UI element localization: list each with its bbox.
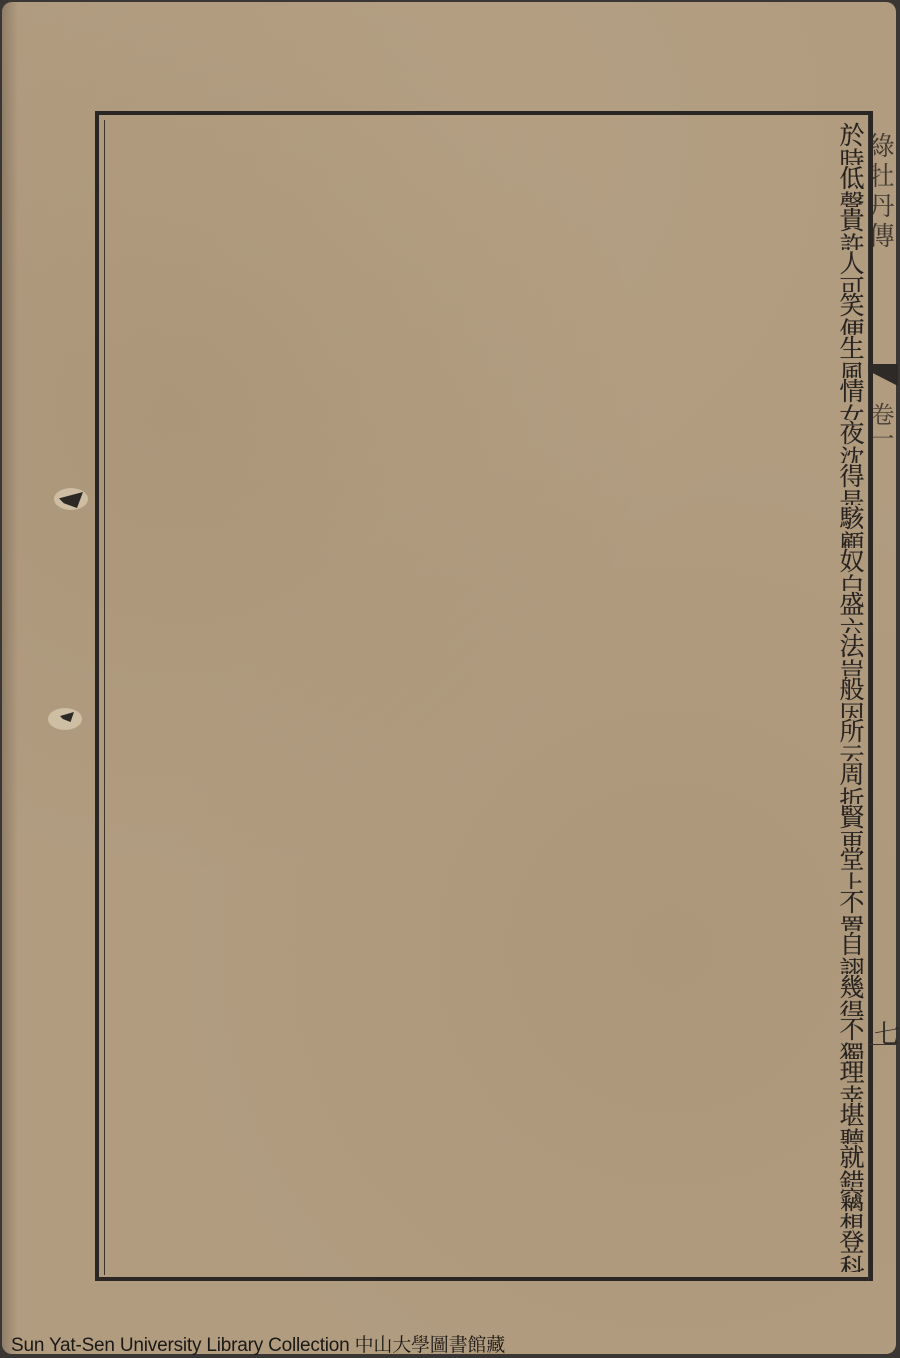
margin-volume-label: 卷一 (872, 402, 898, 450)
page-edge-shadow (2, 2, 18, 1354)
text-column: 般因一一將來說個明己念下官情一片相思數載為卿卿感他兄弟成全我幸乞夫人恕我愆今也木… (836, 676, 864, 719)
text-column: 於時也把出園林徑往蘭閨引鳳庭卻見夫人方欲寢碧紗窗下晚妝成綵雲不掠偏多 (836, 122, 864, 165)
text-column: 就錯這一世縱富不悞妹終身文君難罷微笑開言聞多少論點低頭無理會含羞含淚暗思尋此人作… (836, 1144, 864, 1187)
text-column: 理幸乞夫人仔細評假使婚姻非我選安知不似那釵裙與郎昨己諧連理從來說一夜夫妻百夜恩己… (836, 1059, 864, 1102)
text-column: 自詡相傳祖代是簪纓不論他家君阿弟居台閣便是我簿職猶充一翰林若道屈卿為次室這也教姻… (836, 931, 864, 974)
text-column: 夜沈沈慢提這壁鸞和鳳且表其間琵與瑟掉換新郎諸伉儷多姣一夜不知聞朝來將覺生疎霧鳳目… (836, 420, 864, 463)
text-column: 得是文君真怪事好奇文怎使成親換了昨夜新郎何處去心中好個不分明羞更急還疑是立刻披衣… (836, 463, 864, 506)
text-column: 不獨老而兼貌醜如鴉雀又三分未如那個多姣女卻侍如作理論免不得也要低頭強忍耐這個是三… (836, 1016, 864, 1059)
text-column: 登科家道成今日怎教因此事與之計較共相爭慢云兄弟全無用便作爭之又怎生只好吞聲為忍耐… (836, 1229, 864, 1272)
text-column: 盛六疼要曉那般奇幻事由來情跡似偈門奴須清白名家女佳意胡為斷不能休倚家門多勢力官高… (836, 591, 864, 634)
text-column: 不置閒桃李惟只愿與子和諧過百春論我家資雖不富卻還倉多陳粟庫藏珍從無漢帝黃金屋可今… (836, 889, 864, 932)
text-column: 幾得美滿良緣壽遂心駿馬常為村漢乘巧妻每與拙夫親比如那下官一個同年友有妹芳年美十分… (836, 974, 864, 1017)
text-column: 所云名節攸關重這個是昨代迎親乃婦人此本少雯先應到方教此職情閨英不然門下多佳士不問… (836, 718, 864, 761)
text-column: 低聲似卿如此無雙貌料得人間無處尋不枉相思三載苦今生佳遇得仙人官家稱笑和兄長為此裙… (836, 165, 864, 208)
page-number: 七 (874, 1014, 900, 1051)
collection-credit: Sun Yat-Sen University Library Collectio… (11, 1330, 505, 1357)
text-column: 人可識恁夫君料其未解機關巧見此新郎辛自深曾否安言同款曲裴航何以處雲英怎教花燭良宵… (836, 250, 864, 293)
book-page: 綠牡丹傳 卷一 七 於時也把出園林徑往蘭閨引鳳庭卻見夫人方欲寢碧紗窗下晚妝成綵雲… (2, 2, 896, 1354)
text-column: 賢更弱居一室斷無嫉妬與欺凌至於楚氏西房婦耶女子久有超塵出世心舉止行為全是舊自甘業… (836, 804, 864, 847)
text-column: 法豈有為官便不遵小姐言時聲色厲臉還氣得淚紛紛少雯見此佳人怒不免慚惶也吃驚只得前來… (836, 633, 864, 676)
text-column: 笑便把方纔一段情恁與寬衣和解帶如何息燭與開門低低訴與檀郎曉相國夫人笑不禁便道夫人… (836, 292, 864, 335)
margin-book-title: 綠牡丹傳 (872, 132, 898, 252)
text-column: 竊想奴家兄與母生平忠厚最無能因教家落難存活故使奴親到北京通者全虧男德兄他第二表兄… (836, 1187, 864, 1230)
text-column: 周折用深心不消悲怨休煩惱自謂情痴文豹君雖則未如喬粉客也還配得過夫人閨房雖有踰婚婦… (836, 761, 864, 804)
text-column: 堪聽便教到告君皇倒亦不過仍斷身歸文豹君這語拚生和死死那做作愈加無謂又無名遺笑柄作… (836, 1102, 864, 1145)
margin-strip (868, 115, 899, 1281)
page-number-rule (868, 1044, 898, 1045)
text-column: 奴白璧竟沾塵快將其故分明說拚此殘生一命傾怎新文說亦可羞言更怨那有個一人身嫁兩夫君… (836, 548, 864, 591)
text-column: 情女侯笑咥抽身起道是連朝受苦辛夜色已深神思倦不聽狂語要安身言先入銷金帳退去宮娥侍… (836, 378, 864, 421)
text-column: 駭顧千金時間難顧姣羞面便向文君詰問云怎使表兄身在此奴家夫壻那方行明媒正娶成花燭怎… (836, 505, 864, 548)
text-column: 生風骨鋒稜甚每到低頭只為卿憶否前年花燭夜檀郎常盡是殷勤猶然未解夫人意累我良宵生五… (836, 335, 864, 378)
text-column: 貴許多心今朝往返深相累佩服夫人忒也能何以通閨將服易儺然便似一書生絕無半點閨中態手… (836, 207, 864, 250)
text-column: 堂上翁姑素愛卿今使膝前為子婦定多恩愛豈相輕至於論及愚夫意這都是為兩相思數載深一旦… (836, 846, 864, 889)
main-text-block: 於時也把出園林徑往蘭閨引鳳庭卻見夫人方欲寢碧紗窗下晚妝成綵雲不掠偏多 低聲似卿如… (106, 122, 864, 1272)
